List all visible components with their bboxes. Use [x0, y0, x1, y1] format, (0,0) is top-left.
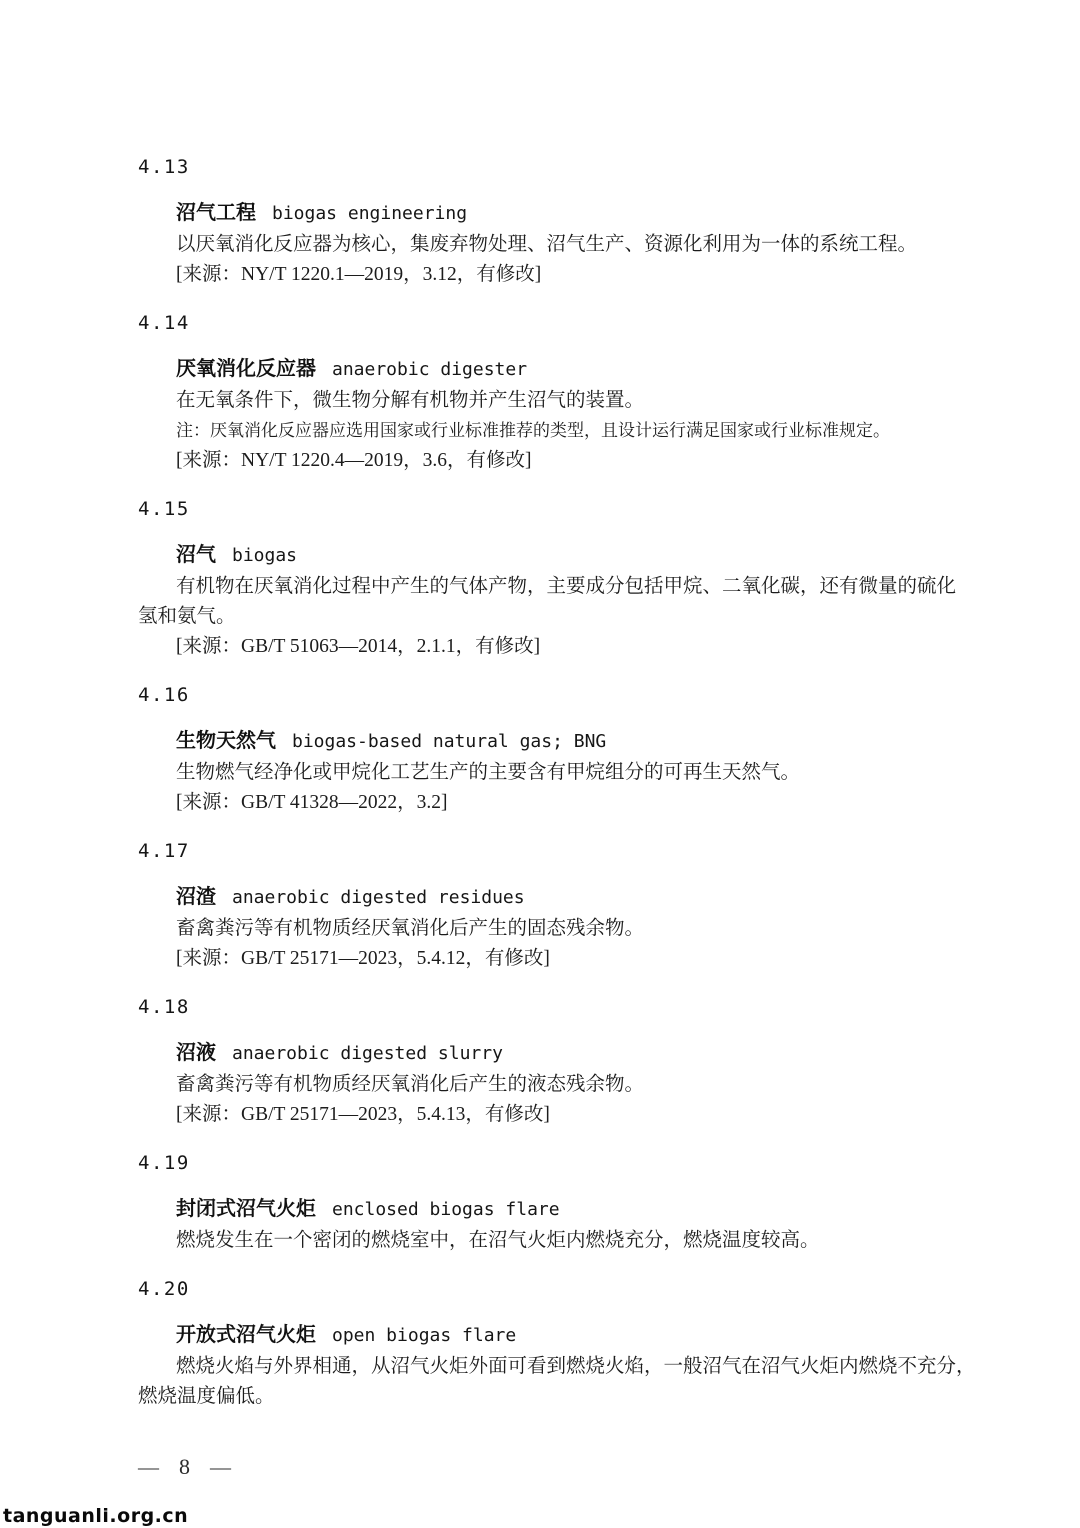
watermark: tanguanli.org.cn: [3, 1505, 188, 1527]
source-line: [来源：GB/T 51063—2014，2.1.1，有修改]: [138, 632, 952, 662]
term-line: 开放式沼气火炬open biogas flare: [138, 1319, 952, 1352]
definition: 有机物在厌氧消化过程中产生的气体产物，主要成分包括甲烷、二氧化碳，还有微量的硫化…: [138, 572, 952, 632]
term-zh: 沼气工程: [176, 200, 256, 224]
term-line: 沼气工程biogas engineering: [138, 197, 952, 230]
definition: 燃烧发生在一个密闭的燃烧室中，在沼气火炬内燃烧充分，燃烧温度较高。: [138, 1226, 952, 1256]
definition-line: 畜禽粪污等有机物质经厌氧消化后产生的液态残余物。: [138, 1070, 952, 1100]
term-line: 封闭式沼气火炬enclosed biogas flare: [138, 1193, 952, 1226]
standard-document-page: { "document": { "page_number": "8", "pag…: [0, 0, 1080, 1528]
term-en: open biogas flare: [332, 1325, 516, 1346]
section-number: 4.18: [138, 992, 952, 1022]
term-zh: 厌氧消化反应器: [176, 356, 316, 380]
page-number: 8: [179, 1454, 190, 1480]
terminology-section: 4.14 厌氧消化反应器anaerobic digester 在无氧条件下，微生…: [138, 308, 952, 476]
definition: 生物燃气经净化或甲烷化工艺生产的主要含有甲烷组分的可再生天然气。: [138, 758, 952, 788]
section-number: 4.17: [138, 836, 952, 866]
definition-line: 燃烧发生在一个密闭的燃烧室中，在沼气火炬内燃烧充分，燃烧温度较高。: [138, 1226, 952, 1256]
term-en: anaerobic digested slurry: [232, 1043, 503, 1064]
section-number: 4.20: [138, 1274, 952, 1304]
term-zh: 沼液: [176, 1040, 216, 1064]
definition-line: 燃烧火焰与外界相通，从沼气火炬外面可看到燃烧火焰，一般沼气在沼气火炬内燃烧不充分…: [138, 1352, 952, 1382]
page-footer: — 8 —: [138, 1454, 952, 1480]
definition: 畜禽粪污等有机物质经厌氧消化后产生的固态残余物。: [138, 914, 952, 944]
section-number: 4.15: [138, 494, 952, 524]
terminology-section: 4.15 沼气biogas 有机物在厌氧消化过程中产生的气体产物，主要成分包括甲…: [138, 494, 952, 662]
term-line: 生物天然气biogas-based natural gas; BNG: [138, 725, 952, 758]
term-en: anaerobic digester: [332, 359, 527, 380]
definition-line: 氢和氨气。: [138, 602, 952, 632]
section-number: 4.13: [138, 152, 952, 182]
term-zh: 沼气: [176, 542, 216, 566]
term-en: enclosed biogas flare: [332, 1199, 560, 1220]
term-zh: 封闭式沼气火炬: [176, 1196, 316, 1220]
term-en: biogas-based natural gas; BNG: [292, 731, 606, 752]
footer-dash-left: —: [138, 1455, 159, 1480]
term-zh: 沼渣: [176, 884, 216, 908]
terminology-section: 4.20 开放式沼气火炬open biogas flare 燃烧火焰与外界相通，…: [138, 1274, 952, 1412]
terms-list: 4.13 沼气工程biogas engineering 以厌氧消化反应器为核心，…: [138, 152, 952, 1412]
definition-line: 以厌氧消化反应器为核心，集废弃物处理、沼气生产、资源化利用为一体的系统工程。: [138, 230, 952, 260]
footer-dash-right: —: [210, 1455, 231, 1480]
section-number: 4.16: [138, 680, 952, 710]
definition-line: 畜禽粪污等有机物质经厌氧消化后产生的固态残余物。: [138, 914, 952, 944]
terminology-section: 4.16 生物天然气biogas-based natural gas; BNG …: [138, 680, 952, 818]
term-zh: 生物天然气: [176, 728, 276, 752]
term-en: biogas: [232, 545, 297, 566]
term-line: 沼气biogas: [138, 539, 952, 572]
source-line: [来源：GB/T 25171—2023，5.4.13，有修改]: [138, 1100, 952, 1130]
terminology-section: 4.17 沼渣anaerobic digested residues 畜禽粪污等…: [138, 836, 952, 974]
term-en: biogas engineering: [272, 203, 467, 224]
definition: 燃烧火焰与外界相通，从沼气火炬外面可看到燃烧火焰，一般沼气在沼气火炬内燃烧不充分…: [138, 1352, 952, 1412]
source-line: [来源：GB/T 41328—2022，3.2]: [138, 788, 952, 818]
definition: 在无氧条件下，微生物分解有机物并产生沼气的装置。: [138, 386, 952, 416]
terminology-section: 4.18 沼液anaerobic digested slurry 畜禽粪污等有机…: [138, 992, 952, 1130]
source-line: [来源：GB/T 25171—2023，5.4.12，有修改]: [138, 944, 952, 974]
terminology-section: 4.19 封闭式沼气火炬enclosed biogas flare 燃烧发生在一…: [138, 1148, 952, 1256]
definition-line: 燃烧温度偏低。: [138, 1382, 952, 1412]
definition: 畜禽粪污等有机物质经厌氧消化后产生的液态残余物。: [138, 1070, 952, 1100]
note: 注：厌氧消化反应器应选用国家或行业标准推荐的类型，且设计运行满足国家或行业标准规…: [138, 416, 952, 446]
section-number: 4.14: [138, 308, 952, 338]
term-line: 沼液anaerobic digested slurry: [138, 1037, 952, 1070]
source-line: [来源：NY/T 1220.1—2019，3.12，有修改]: [138, 260, 952, 290]
definition-line: 在无氧条件下，微生物分解有机物并产生沼气的装置。: [138, 386, 952, 416]
term-en: anaerobic digested residues: [232, 887, 525, 908]
section-number: 4.19: [138, 1148, 952, 1178]
definition-line: 生物燃气经净化或甲烷化工艺生产的主要含有甲烷组分的可再生天然气。: [138, 758, 952, 788]
terminology-section: 4.13 沼气工程biogas engineering 以厌氧消化反应器为核心，…: [138, 152, 952, 290]
term-line: 沼渣anaerobic digested residues: [138, 881, 952, 914]
definition: 以厌氧消化反应器为核心，集废弃物处理、沼气生产、资源化利用为一体的系统工程。: [138, 230, 952, 260]
term-line: 厌氧消化反应器anaerobic digester: [138, 353, 952, 386]
definition-line: 有机物在厌氧消化过程中产生的气体产物，主要成分包括甲烷、二氧化碳，还有微量的硫化: [138, 572, 952, 602]
page-body: 4.13 沼气工程biogas engineering 以厌氧消化反应器为核心，…: [0, 0, 1080, 1480]
source-line: [来源：NY/T 1220.4—2019，3.6，有修改]: [138, 446, 952, 476]
term-zh: 开放式沼气火炬: [176, 1322, 316, 1346]
